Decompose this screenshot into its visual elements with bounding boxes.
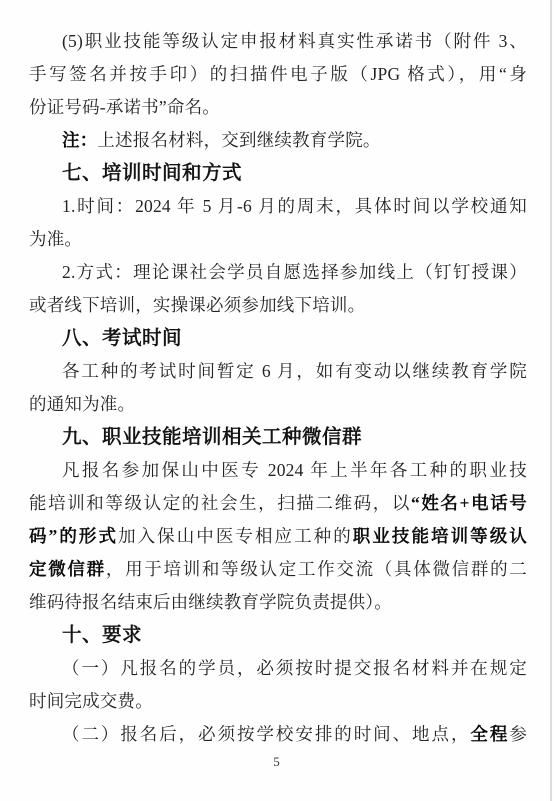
text-segment: 的通知为准。: [29, 394, 135, 414]
text-line: 的通知为准。: [29, 388, 527, 421]
bold-text: 全程: [470, 724, 509, 744]
text-segment: 各工种的考试时间暂定 6 月，如有变动以继续教育学院: [62, 361, 527, 381]
text-segment: 或者线下培训，实操课必须参加线下培训。: [29, 295, 365, 315]
text-segment: 能培训和等级认定的社会生，扫描二维码，以: [29, 493, 411, 513]
text-segment: 1.时间：2024 年 5 月-6 月的周末，具体时间以学校通知: [62, 196, 527, 216]
document-page: (5)职业技能等级认定申报材料真实性承诺书（附件 3、 手写签名并按手印）的扫描…: [0, 0, 554, 801]
text-segment: 加入保山中医专相应工种的: [118, 526, 353, 546]
document-body: (5)职业技能等级认定申报材料真实性承诺书（附件 3、 手写签名并按手印）的扫描…: [29, 25, 527, 751]
section-heading-8: 八、考试时间: [29, 322, 527, 355]
text-segment: 手写签名并按手印）的扫描件电子版（JPG 格式），用“身: [29, 64, 527, 84]
text-line: （一）凡报名的学员，必须按时提交报名材料并在规定: [29, 652, 527, 685]
bold-text: 定微信群: [29, 559, 106, 579]
bold-text: 码”的形式: [29, 526, 118, 546]
text-line: 份证号码-承诺书”命名。: [29, 91, 527, 124]
text-segment: 份证号码-承诺书”命名。: [29, 97, 220, 117]
text-line: 1.时间：2024 年 5 月-6 月的周末，具体时间以学校通知: [29, 190, 527, 223]
text-line: 2.方式：理论课社会学员自愿选择参加线上（钉钉授课）: [29, 256, 527, 289]
text-line: 手写签名并按手印）的扫描件电子版（JPG 格式），用“身: [29, 58, 527, 91]
text-line: 为准。: [29, 223, 527, 256]
text-segment: 参: [509, 724, 527, 744]
text-segment: (5)职业技能等级认定申报材料真实性承诺书（附件 3、: [62, 31, 527, 51]
text-segment: （二）报名后，必须按学校安排的时间、地点，: [62, 724, 470, 744]
page-number: 5: [0, 754, 554, 770]
text-line: 或者线下培训，实操课必须参加线下培训。: [29, 289, 527, 322]
text-segment: 上述报名材料，交到继续教育学院。: [97, 130, 380, 150]
bold-text: 职业技能培训等级认: [353, 526, 527, 546]
text-segment: 2.方式：理论课社会学员自愿选择参加线上（钉钉授课）: [62, 262, 527, 282]
scan-right-edge: [550, 0, 552, 801]
text-line: 凡报名参加保山中医专 2024 年上半年各工种的职业技: [29, 454, 527, 487]
heading-text: 八、考试时间: [62, 327, 182, 349]
heading-text: 七、培训时间和方式: [62, 162, 242, 184]
text-line: 码”的形式加入保山中医专相应工种的职业技能培训等级认: [29, 520, 527, 553]
note-label: 注：: [62, 130, 97, 150]
text-segment: 凡报名参加保山中医专 2024 年上半年各工种的职业技: [62, 460, 527, 480]
text-line: 注：上述报名材料，交到继续教育学院。: [29, 124, 527, 157]
text-segment: 为准。: [29, 229, 82, 249]
text-line: （二）报名后，必须按学校安排的时间、地点，全程参: [29, 718, 527, 751]
text-line: 时间完成交费。: [29, 685, 527, 718]
bold-text: “姓名+电话号: [411, 493, 527, 513]
text-segment: （一）凡报名的学员，必须按时提交报名材料并在规定: [62, 658, 527, 678]
heading-text: 十、要求: [62, 624, 142, 646]
text-segment: ，用于培训和等级认定工作交流（具体微信群的二: [106, 559, 527, 579]
section-heading-7: 七、培训时间和方式: [29, 157, 527, 190]
section-heading-10: 十、要求: [29, 619, 527, 652]
section-heading-9: 九、职业技能培训相关工种微信群: [29, 421, 527, 454]
heading-text: 九、职业技能培训相关工种微信群: [62, 426, 362, 448]
text-line: 定微信群，用于培训和等级认定工作交流（具体微信群的二: [29, 553, 527, 586]
text-line: 维码待报名结束后由继续教育学院负责提供）。: [29, 586, 527, 619]
text-line: 各工种的考试时间暂定 6 月，如有变动以继续教育学院: [29, 355, 527, 388]
text-line: (5)职业技能等级认定申报材料真实性承诺书（附件 3、: [29, 25, 527, 58]
text-segment: 维码待报名结束后由继续教育学院负责提供）。: [29, 592, 392, 612]
text-line: 能培训和等级认定的社会生，扫描二维码，以“姓名+电话号: [29, 487, 527, 520]
text-segment: 时间完成交费。: [29, 691, 153, 711]
